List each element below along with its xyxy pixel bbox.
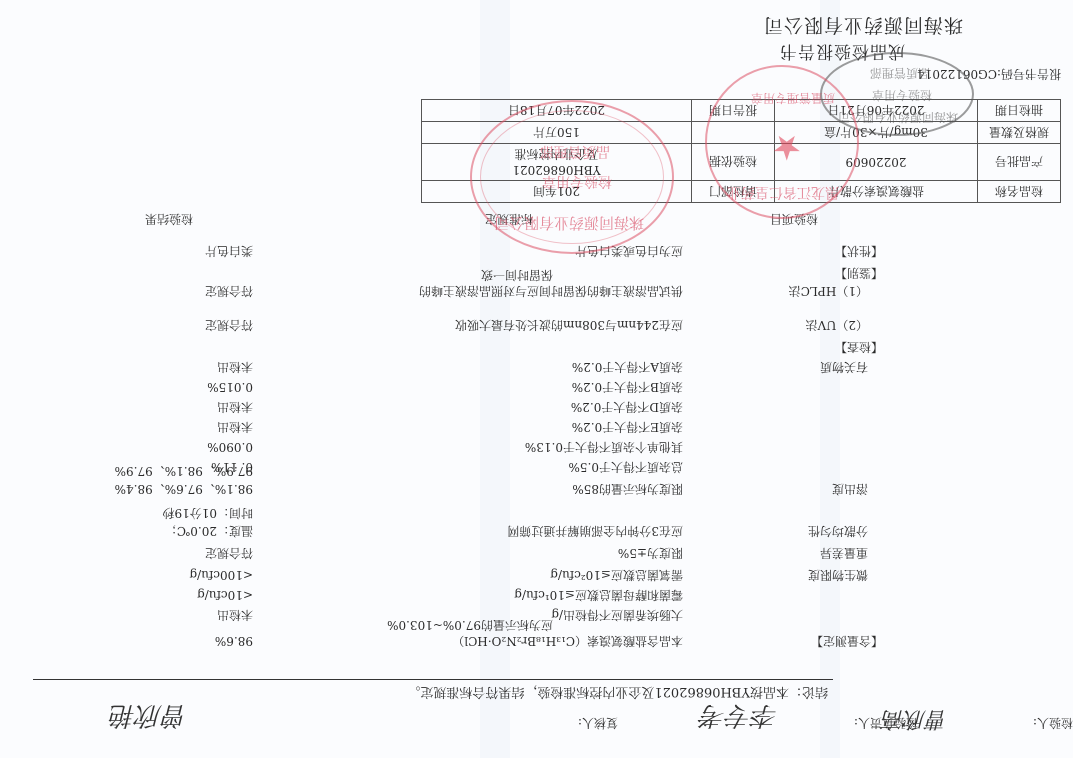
row-standard: 应在3分钟内全部崩解并通过筛网	[507, 524, 683, 538]
row-item: 微生物限度	[808, 568, 868, 582]
row-result: 98.6%	[215, 634, 253, 648]
row-standard: 供试品溶液主峰的保留时间应与对照品溶液主峰的	[419, 284, 683, 298]
stamp-text: 品质管理部	[540, 142, 610, 162]
red-quality-stamp: 黑龙江省仁皇药业 ★ 质量管理专用章	[705, 65, 859, 219]
row-item: （1）HPLC法	[789, 284, 868, 298]
reviewer-signature: 李专考	[700, 699, 778, 736]
row-item: 溶出度	[832, 482, 868, 496]
conclusion-label: 结论：	[789, 684, 828, 699]
conclusion: 结论：本品按YBH06862021及企业内控标准检验，结果符合标准规定。	[407, 684, 828, 698]
row-result: <100cfu/g	[189, 568, 253, 582]
conclusion-text: 本品按YBH06862021及企业内控标准检验，结果符合标准规定。	[407, 684, 789, 699]
row-result: 未检出	[217, 608, 253, 622]
header-result: 检验结果	[145, 212, 193, 226]
row-standard: 需氧菌总数应≤10²cfu/g	[550, 568, 683, 582]
row-standard-cont: 应为标示量的97.0%~103.0%	[387, 618, 553, 632]
row-result: 未检出	[217, 400, 253, 414]
stamp-text: 黑龙江省仁皇药业	[727, 183, 839, 203]
row-standard: 其他单个杂质不得大于0.13%	[525, 440, 683, 454]
stamp-text: 检验专用章	[542, 172, 612, 192]
row-result: 未检出	[217, 360, 253, 374]
row-result-cont: 时间：01分19秒	[162, 506, 253, 520]
red-company-stamp: 珠海同源药业有限公司 检验专用章 品质管理部	[470, 100, 674, 254]
row-result: 0.090%	[207, 440, 253, 454]
row-result: 类白色片	[205, 244, 253, 258]
row-standard: 大肠埃希菌应不得检出/g	[551, 608, 683, 622]
conclusion-rule	[33, 679, 833, 680]
row-result: 温度：20.0℃；	[165, 524, 253, 538]
row-item: 有关物质	[820, 360, 868, 374]
row-result: 未检出	[217, 420, 253, 434]
row-standard: 应在244nm与308nm的波长处有最大吸收	[455, 318, 683, 332]
row-result: 98.1%、97.6%、98.4%	[115, 482, 253, 496]
row-result: <10cfu/g	[197, 588, 253, 602]
row-result: 符合规定	[205, 284, 253, 298]
row-result: 符合规定	[205, 546, 253, 560]
company-name: 珠海同源药业有限公司	[763, 14, 963, 36]
row-standard-cont: 保留时间一致	[481, 268, 553, 282]
row-item: 分散均匀性	[808, 524, 868, 538]
scanned-page: 珠海同源药业有限公司 成品检验报告书 报告书号码:CG06122014 检品名称…	[0, 0, 1073, 758]
stamp-text: 质量管理专用章	[751, 90, 835, 107]
row-item: 【检查】	[835, 340, 883, 354]
product-name-label: 检品名称	[978, 181, 1061, 203]
star-icon: ★	[772, 127, 802, 167]
row-item: （2）UV法	[806, 318, 868, 332]
supervisor-signature: 曹欣高	[882, 705, 948, 736]
row-standard: 本品含盐酸氨溴索（C₁₃H₁₈Br₂N₂O·HCl）	[452, 634, 683, 648]
spec-label: 规格及数量	[978, 122, 1061, 144]
row-item: 【鉴别】	[835, 266, 883, 280]
row-standard: 限度为±5%	[618, 546, 683, 560]
row-standard: 杂质A不得大于0.2%	[572, 360, 683, 374]
row-standard: 杂质E不得大于0.2%	[572, 420, 683, 434]
row-standard: 限度为标示量的85%	[572, 482, 683, 496]
stamp-text: 品质管理部	[870, 65, 930, 82]
reviewer-label: 复核人:	[578, 716, 618, 730]
sample-date-label: 抽检日期	[978, 100, 1061, 122]
row-result: 符合规定	[205, 318, 253, 332]
inspector-label: 检验人:	[1033, 716, 1073, 730]
row-result-cont: 97.9%、98.1%、97.9%	[115, 464, 253, 478]
row-item: 【性状】	[835, 244, 883, 258]
inspector-signature: 曾欣艳	[110, 699, 188, 736]
row-standard: 杂质D不得大于0.2%	[571, 400, 683, 414]
row-result: 0.015%	[207, 380, 253, 394]
row-standard: 杂质B不得大于0.2%	[572, 380, 683, 394]
row-item: 重量差异	[820, 546, 868, 560]
row-standard: 总杂质不得大于0.5%	[569, 460, 684, 474]
row-item: 【含量测定】	[811, 634, 883, 648]
report-number-label: 报告书号码:	[997, 67, 1061, 81]
stamp-text: 检验专用章	[872, 87, 932, 104]
stamp-text: 珠海同源药业有限公司	[494, 213, 644, 234]
batch-label: 产品批号	[978, 144, 1061, 181]
row-standard: 霉菌和酵母菌总数应≤10¹cfu/g	[514, 588, 683, 602]
